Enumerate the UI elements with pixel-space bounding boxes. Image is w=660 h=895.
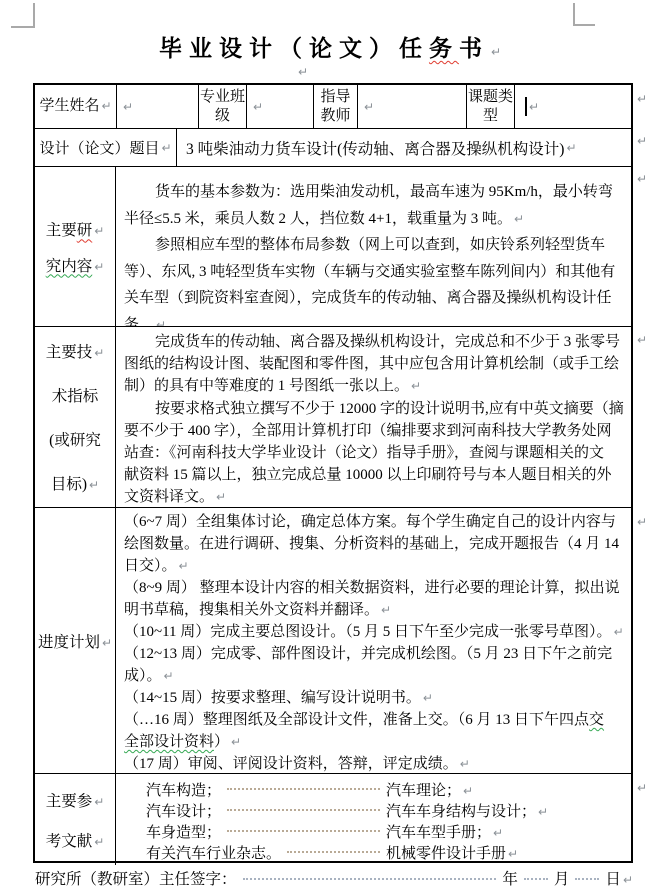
- paragraph-mark-icon: ↵: [94, 795, 104, 809]
- space-dots: [524, 878, 548, 880]
- paragraph-mark-icon: ↵: [566, 141, 576, 155]
- text-line: 图纸的结构设计图、装配图和零件图，其中应包含用计算机绘制（或手工绘: [124, 353, 627, 375]
- schedule-row: 进度计划↵ （6~7 周）全组集体讨论，确定总体方案。每个学生确定自己的设计内容…: [35, 508, 631, 774]
- advisor-value-cell[interactable]: ↵: [358, 85, 467, 128]
- research-label-text: 主要: [46, 222, 77, 239]
- tech-label-line: 术指标: [52, 384, 99, 406]
- text: （14~15 周）按要求整理、编写设计说明书。: [124, 690, 421, 706]
- row-end-mark-icon: ↵: [637, 134, 647, 148]
- text-line: 日交）。↵: [124, 555, 629, 577]
- title-text-suffix: 书: [459, 36, 489, 61]
- tech-label-line: 主要技↵: [46, 340, 105, 362]
- text: ）: [214, 734, 229, 750]
- row-end-mark-icon: ↵: [637, 781, 647, 795]
- text-line: 文资料译文。↵: [124, 486, 627, 507]
- signature-month-label: 月: [554, 867, 570, 889]
- paragraph-mark-icon: ↵: [508, 847, 518, 861]
- tech-label-line: (或研究: [49, 428, 101, 450]
- references-content-cell[interactable]: 汽车构造； 汽车理论；↵ 汽车设计； 汽车车身结构与设计；↵ 车身造型； 汽车车…: [116, 774, 631, 865]
- text-line: 完成货车的传动轴、离合器及操纵机构设计，完成总和不少于 3 张零号: [124, 331, 627, 353]
- reference-left: 有关汽车行业杂志。: [146, 844, 281, 865]
- text-line: 务。↵: [124, 312, 627, 327]
- signature-label: 研究所（教研室）主任签字：: [35, 867, 237, 889]
- paragraph-mark-icon: ↵: [94, 260, 104, 274]
- text-line: 绘图数量。在进行调研、搜集、分析资料的基础上，完成开题报告（4 月 14: [124, 533, 629, 555]
- paragraph-mark-icon: ↵: [463, 784, 473, 798]
- text-line: （14~15 周）按要求整理、编写设计说明书。↵: [124, 687, 629, 709]
- paragraph-mark-icon: ↵: [381, 603, 391, 617]
- text: 日交）。: [124, 558, 177, 574]
- reference-left: 汽车构造；: [146, 781, 221, 802]
- reference-item-row: 有关汽车行业杂志。 机械零件设计手册↵: [116, 844, 631, 865]
- space-dots: [287, 851, 380, 853]
- text: 文资料译文。: [124, 489, 214, 505]
- text-line: 半径≤5.5 米，乘员人数 2 人，挡位数 4+1，载重量为 3 吨。↵: [124, 206, 627, 233]
- reference-right: 汽车理论；↵: [386, 781, 621, 802]
- text-line: 按要求格式独立撰写不少于 12000 字的设计说明书,应有中英文摘要（摘: [124, 398, 627, 420]
- paragraph-mark-icon: ↵: [156, 318, 166, 327]
- margin-crop-mark-top-right: [573, 3, 595, 26]
- text: 主要参: [46, 793, 93, 810]
- advisor-label-cell: 指导教师: [314, 85, 358, 128]
- tech-label-line: 目标)↵: [51, 472, 99, 494]
- row-end-mark-icon: ↵: [637, 333, 647, 347]
- research-label-line: 主要研↵: [46, 218, 105, 240]
- text-line: 站查：《河南科技大学毕业设计（论文）指导手册》，查阅与课题相关的文: [124, 442, 627, 464]
- text: 主要技: [46, 344, 93, 361]
- paragraph-mark-icon: ↵: [161, 141, 171, 155]
- research-content-row: 主要研↵ 究内容↵ 货车的基本参数为：选用柴油发动机，最高车速为 95Km/h，…: [35, 167, 631, 327]
- text: 机械零件设计手册: [386, 846, 506, 862]
- schedule-content-cell[interactable]: （6~7 周）全组集体讨论，确定总体方案。每个学生确定自己的设计内容与 绘图数量…: [116, 508, 631, 773]
- text-line: （…16 周）整理图纸及全部设计文件，准备上交。（6 月 13 日下午四点交: [124, 709, 629, 731]
- text: 明书草稿，搜集相关外文资料并翻译。: [124, 602, 379, 618]
- text: （…16 周）整理图纸及全部设计文件，准备上交。（6 月 13 日下午四点: [124, 712, 589, 728]
- paragraph-mark-icon: ↵: [460, 757, 470, 771]
- reference-item-row: 汽车设计； 汽车车身结构与设计；↵: [116, 802, 631, 823]
- space-dots: [243, 878, 497, 880]
- text: 考文献: [46, 833, 93, 850]
- row-end-mark-icon: ↵: [637, 92, 647, 106]
- tech-target-row: 主要技↵ 术指标 (或研究 目标)↵ 完成货车的传动轴、离合器及操纵机构设计，完…: [35, 327, 631, 508]
- paragraph-mark-icon: ↵: [491, 45, 501, 59]
- paragraph-mark-icon: ↵: [94, 835, 104, 849]
- text-line: 全部设计资料）↵: [124, 731, 629, 753]
- text-line: （17 周）审阅、评阅设计资料，答辩，评定成绩。↵: [124, 753, 629, 773]
- reference-left: 汽车设计；: [146, 802, 221, 823]
- major-class-value-cell[interactable]: ↵: [247, 85, 314, 128]
- research-label-cell: 主要研↵ 究内容↵: [35, 167, 116, 326]
- topic-label: 设计（论文）题目: [39, 137, 159, 158]
- paragraph-mark-icon: ↵: [411, 379, 421, 393]
- paragraph-mark-icon: ↵: [253, 100, 263, 114]
- schedule-label-line: 进度计划↵: [38, 630, 112, 652]
- text: 目标): [51, 476, 87, 493]
- header-row: 学生姓名↵ ↵ 专业班级 ↵ 指导教师 ↵ 课题类型 ↵: [35, 85, 631, 129]
- text: 汽车车型手册；: [386, 825, 491, 841]
- text: （10~11 周）完成主要总图设计。（5 月 5 日下午至少完成一张零号草图）。: [124, 624, 612, 640]
- student-name-value-cell[interactable]: ↵: [117, 85, 199, 128]
- signature-day-label: 日: [605, 867, 621, 889]
- space-dots: [227, 809, 380, 811]
- signature-line: 研究所（教研室）主任签字： 年 月 日 ↵: [35, 867, 633, 889]
- tech-content-cell[interactable]: 完成货车的传动轴、离合器及操纵机构设计，完成总和不少于 3 张零号 图纸的结构设…: [116, 327, 631, 507]
- text: 汽车车身结构与设计；: [386, 804, 536, 820]
- references-label-line: 考文献↵: [46, 829, 105, 851]
- reference-right: 汽车车身结构与设计；↵: [386, 802, 621, 823]
- text: 务。: [124, 317, 154, 327]
- research-label-text: 究内容: [46, 258, 93, 275]
- paragraph-mark-icon: ↵: [298, 65, 308, 79]
- major-class-label: 专业班级: [199, 88, 246, 126]
- signature-year-label: 年: [502, 867, 518, 889]
- misspelled-text: 交: [589, 712, 604, 728]
- paragraph-mark-icon: ↵: [101, 97, 111, 116]
- text-line: 参照相应车型的整体布局参数（网上可以查到，如庆铃系列轻型货车: [124, 232, 627, 259]
- references-row: 主要参↵ 考文献↵ 汽车构造； 汽车理论；↵ 汽车设计； 汽车车身结构与设计；↵…: [35, 774, 631, 865]
- topic-value-cell[interactable]: 3 吨柴油动力货车设计(传动轴、离合器及操纵机构设计)↵: [177, 129, 631, 166]
- student-name-label: 学生姓名: [39, 97, 99, 116]
- research-label-misspelled: 研: [77, 222, 93, 239]
- reference-right: 机械零件设计手册↵: [386, 844, 621, 865]
- topic-value: 3 吨柴油动力货车设计(传动轴、离合器及操纵机构设计): [186, 137, 564, 159]
- text: 制）的具有中等难度的 1 号图纸一张以上。: [124, 378, 409, 394]
- research-content-cell[interactable]: 货车的基本参数为：选用柴油发动机，最高车速为 95Km/h，最小转弯 半径≤5.…: [116, 167, 631, 326]
- topic-type-label-cell: 课题类型: [467, 85, 515, 128]
- paragraph-mark-icon: ↵: [164, 669, 174, 683]
- topic-type-value-cell[interactable]: ↵: [515, 85, 631, 128]
- text-line: （8~9 周） 整理本设计内容的相关数据资料，进行必要的理论计算，拟出说: [124, 577, 629, 599]
- text: 成）。: [124, 668, 162, 684]
- references-label-line: 主要参↵: [46, 789, 105, 811]
- row-end-mark-icon: ↵: [637, 172, 647, 186]
- title-text: 毕业设计（论文）任: [159, 36, 429, 61]
- text-line: （10~11 周）完成主要总图设计。（5 月 5 日下午至少完成一张零号草图）。…: [124, 621, 629, 643]
- reference-item-row: 汽车构造； 汽车理论；↵: [116, 781, 631, 802]
- text-line: 货车的基本参数为：选用柴油发动机，最高车速为 95Km/h，最小转弯: [124, 179, 627, 206]
- paragraph-mark-icon: ↵: [94, 346, 104, 360]
- topic-label-cell: 设计（论文）题目↵: [35, 129, 177, 166]
- text: 汽车理论；: [386, 783, 461, 799]
- student-name-label-cell: 学生姓名↵: [35, 85, 117, 128]
- paragraph-mark-icon: ↵: [94, 224, 104, 238]
- paragraph-mark-icon: ↵: [423, 691, 433, 705]
- paragraph-mark-icon: ↵: [614, 625, 624, 639]
- document-page: 毕业设计（论文）任务书↵ ↵ ↵ ↵ ↵ ↵ ↵ ↵ 学生姓名↵ ↵ 专业班级 …: [0, 0, 660, 895]
- topic-row: 设计（论文）题目↵ 3 吨柴油动力货车设计(传动轴、离合器及操纵机构设计)↵: [35, 129, 631, 167]
- margin-crop-mark-top-left: [11, 3, 35, 28]
- space-dots: [575, 878, 599, 880]
- text-line: 献资料 15 篇以上，独立完成总量 10000 以上印刷符号与本人题目相关的外: [124, 464, 627, 486]
- text: 进度计划: [38, 634, 100, 651]
- paragraph-mark-icon: ↵: [364, 100, 374, 114]
- text-line: 明书草稿，搜集相关外文资料并翻译。↵: [124, 599, 629, 621]
- text-line: 成）。↵: [124, 665, 629, 687]
- reference-item-row: 车身造型； 汽车车型手册；↵: [116, 823, 631, 844]
- misspelled-text: 全部设计资料: [124, 734, 214, 750]
- text-line: 要不少于 400 字），全部用计算机打印（编排要求到河南科技大学教务处网: [124, 420, 627, 442]
- text: （17 周）审阅、评阅设计资料，答辩，评定成绩。: [124, 756, 458, 772]
- task-form-table: 学生姓名↵ ↵ 专业班级 ↵ 指导教师 ↵ 课题类型 ↵: [33, 83, 633, 863]
- text-line: 等）、东风, 3 吨轻型货车实物（车辆与交通实验室整车陈列间内）和其他有: [124, 259, 627, 286]
- paragraph-mark-icon: ↵: [89, 478, 99, 492]
- page-title: 毕业设计（论文）任务书↵: [0, 30, 660, 63]
- paragraph-mark-icon: ↵: [179, 559, 189, 573]
- paragraph-mark-icon: ↵: [102, 636, 112, 650]
- reference-left: 车身造型；: [146, 823, 221, 844]
- space-dots: [227, 788, 380, 790]
- reference-right: 汽车车型手册；↵: [386, 823, 621, 844]
- references-label-cell: 主要参↵ 考文献↵: [35, 774, 116, 865]
- text-line: （6~7 周）全组集体讨论，确定总体方案。每个学生确定自己的设计内容与: [124, 511, 629, 533]
- text-line: 关车型（到院资料室查阅），完成货车的传动轴、离合器及操纵机构设计任: [124, 285, 627, 312]
- tech-label-cell: 主要技↵ 术指标 (或研究 目标)↵: [35, 327, 116, 507]
- topic-type-label: 课题类型: [467, 88, 514, 126]
- paragraph-mark-icon: ↵: [529, 100, 539, 114]
- paragraph-mark-icon: ↵: [231, 735, 241, 749]
- major-class-label-cell: 专业班级: [199, 85, 247, 128]
- paragraph-mark-icon: ↵: [514, 212, 524, 226]
- research-label-line: 究内容↵: [46, 254, 105, 276]
- text-cursor: [525, 97, 527, 116]
- row-end-mark-icon: ↵: [637, 515, 647, 529]
- schedule-label-cell: 进度计划↵: [35, 508, 116, 773]
- title-misspelled-text: 务: [429, 36, 459, 61]
- text: 半径≤5.5 米，乘员人数 2 人，挡位数 4+1，载重量为 3 吨。: [124, 211, 512, 227]
- paragraph-mark-icon: ↵: [493, 826, 503, 840]
- advisor-label: 指导教师: [314, 88, 357, 126]
- paragraph-mark-icon: ↵: [216, 490, 226, 504]
- space-dots: [227, 830, 380, 832]
- paragraph-mark-icon: ↵: [538, 805, 548, 819]
- text-line: 制）的具有中等难度的 1 号图纸一张以上。↵: [124, 375, 627, 397]
- paragraph-mark-icon: ↵: [623, 873, 633, 887]
- text-line: （12~13 周）完成零、部件图设计，并完成机绘图。（5 月 23 日下午之前完: [124, 643, 629, 665]
- paragraph-mark-icon: ↵: [123, 100, 133, 114]
